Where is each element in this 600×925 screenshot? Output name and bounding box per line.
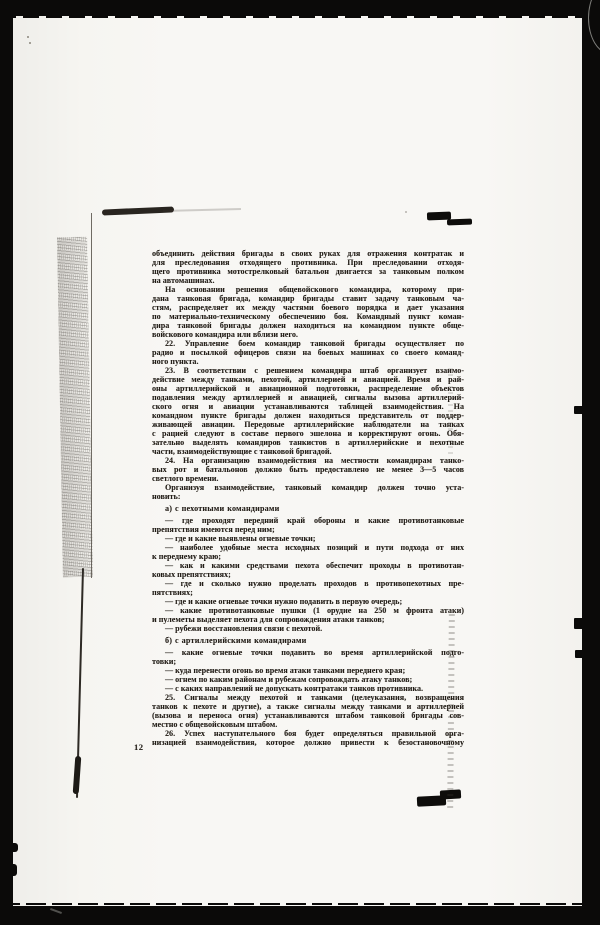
- scan-artifact-tick: [574, 618, 583, 629]
- text-line: ного пункта.: [152, 357, 464, 366]
- text-line: к переднему краю;: [152, 552, 464, 561]
- text-line: — где и сколько нужно проделать проходов…: [152, 579, 464, 588]
- text-line: — где проходят передний край обороны и к…: [152, 516, 464, 525]
- text-line: 22. Управление боем командир танковой бр…: [152, 339, 464, 348]
- scan-border-bottom: [0, 906, 600, 925]
- scan-border-ragged-edge: [0, 903, 600, 905]
- text-line: — огнем по каким районам и рубежам сопро…: [152, 675, 464, 684]
- text-line: 23. В соответствии с решением командира …: [152, 366, 464, 375]
- text-line: для преследования отходящего противника.…: [152, 258, 464, 267]
- scan-border-right: [582, 0, 600, 925]
- text-line: щего противника мотострелковый батальон …: [152, 267, 464, 276]
- text-line: командном пункте бригады должен находить…: [152, 411, 464, 420]
- text-line: на автомашинах.: [152, 276, 464, 285]
- ink-blot: [447, 219, 472, 225]
- text-line: низацией взаимодействия, которое должно …: [152, 738, 464, 747]
- scan-speck: [405, 211, 407, 213]
- text-line: — какие огневые точки подавить во время …: [152, 648, 464, 657]
- text-line: стям, распределяет их между частями боев…: [152, 303, 464, 312]
- text-line: зательно выделять командиров танкистов в…: [152, 438, 464, 447]
- scan-speck: [29, 42, 31, 44]
- scan-border-top: [0, 0, 600, 16]
- ink-smudge-tail: [163, 208, 241, 212]
- text-line: части, взаимодействующие с танковой бриг…: [152, 447, 464, 456]
- page-number: 12: [134, 742, 144, 752]
- text-line: с рацией следуют в составе первого эшело…: [152, 429, 464, 438]
- text-line: (вызова и переноса огня) устанавливаются…: [152, 711, 464, 720]
- text-line: пятствиях;: [152, 588, 464, 597]
- text-line: танков к пехоте и другие), а также сигна…: [152, 702, 464, 711]
- text-line: 25. Сигналы между пехотой и танками (цел…: [152, 693, 464, 702]
- text-line: вых рот и батальонов должно быть предост…: [152, 465, 464, 474]
- text-line: — наиболее удобные места исходных позици…: [152, 543, 464, 552]
- text-line: товки;: [152, 657, 464, 666]
- scan-artifact-tick: [575, 650, 583, 658]
- text-line: войскового командира или вблизи него.: [152, 330, 464, 339]
- text-line: — рубежи восстановления связи с пехотой.: [152, 624, 464, 633]
- text-line: а) с пехотными командирами: [152, 504, 464, 513]
- text-line: живающей авиации. Передовые артиллерийск…: [152, 420, 464, 429]
- text-line: местно с общевойсковым штабом.: [152, 720, 464, 729]
- underlying-page-edge: [91, 213, 92, 578]
- text-line: дира танковой бригады должен находиться …: [152, 321, 464, 330]
- text-line: подавления между артиллерией и авиацией,…: [152, 393, 464, 402]
- scanned-book-page: объединить действия бригады в своих рука…: [0, 0, 600, 925]
- text-line: ского огня и авиации устанавливаются таб…: [152, 402, 464, 411]
- scan-border-ragged-edge: [0, 16, 600, 18]
- text-line: 24. На организацию взаимодействия на мес…: [152, 456, 464, 465]
- text-line: дана танковая бригада, командир бригады …: [152, 294, 464, 303]
- text-line: новить:: [152, 492, 464, 501]
- text-line: — где и какие выявлены огневые точки;: [152, 534, 464, 543]
- text-line: — какие противотанковые пушки (1 орудие …: [152, 606, 464, 615]
- text-line: 26. Успех наступательного боя будет опре…: [152, 729, 464, 738]
- text-line: действие между танками, пехотой, артилле…: [152, 375, 464, 384]
- text-line: оны артиллерийской и авиационной подгото…: [152, 384, 464, 393]
- text-line: и пулеметы выделяет пехота для сопровожд…: [152, 615, 464, 624]
- text-line: препятствия имеются перед ним;: [152, 525, 464, 534]
- scan-speck: [27, 36, 29, 38]
- text-line: — как и какими средствами пехота обеспеч…: [152, 561, 464, 570]
- scan-artifact-tick: [574, 406, 583, 414]
- text-line: Организуя взаимодействие, танковый коман…: [152, 483, 464, 492]
- text-line: объединить действия бригады в своих рука…: [152, 249, 464, 258]
- fold-crease-blob: [73, 756, 81, 794]
- text-line: б) с артиллерийскими командирами: [152, 636, 464, 645]
- text-line: радио и посылкой офицеров связи на боевы…: [152, 348, 464, 357]
- text-line: — с каких направлений не допускать контр…: [152, 684, 464, 693]
- page: объединить действия бригады в своих рука…: [13, 16, 582, 906]
- text-line: — где и какие огневые точки нужно подави…: [152, 597, 464, 606]
- body-text: объединить действия бригады в своих рука…: [152, 249, 464, 747]
- text-line: — куда перенести огонь во время атаки та…: [152, 666, 464, 675]
- binding-shadow: [57, 237, 93, 577]
- text-line: светлого времени.: [152, 474, 464, 483]
- text-line: На основании решения общевойскового кома…: [152, 285, 464, 294]
- scan-border-left: [0, 0, 13, 925]
- text-line: ковых препятствиях;: [152, 570, 464, 579]
- text-line: по материально-техническому обеспечению …: [152, 312, 464, 321]
